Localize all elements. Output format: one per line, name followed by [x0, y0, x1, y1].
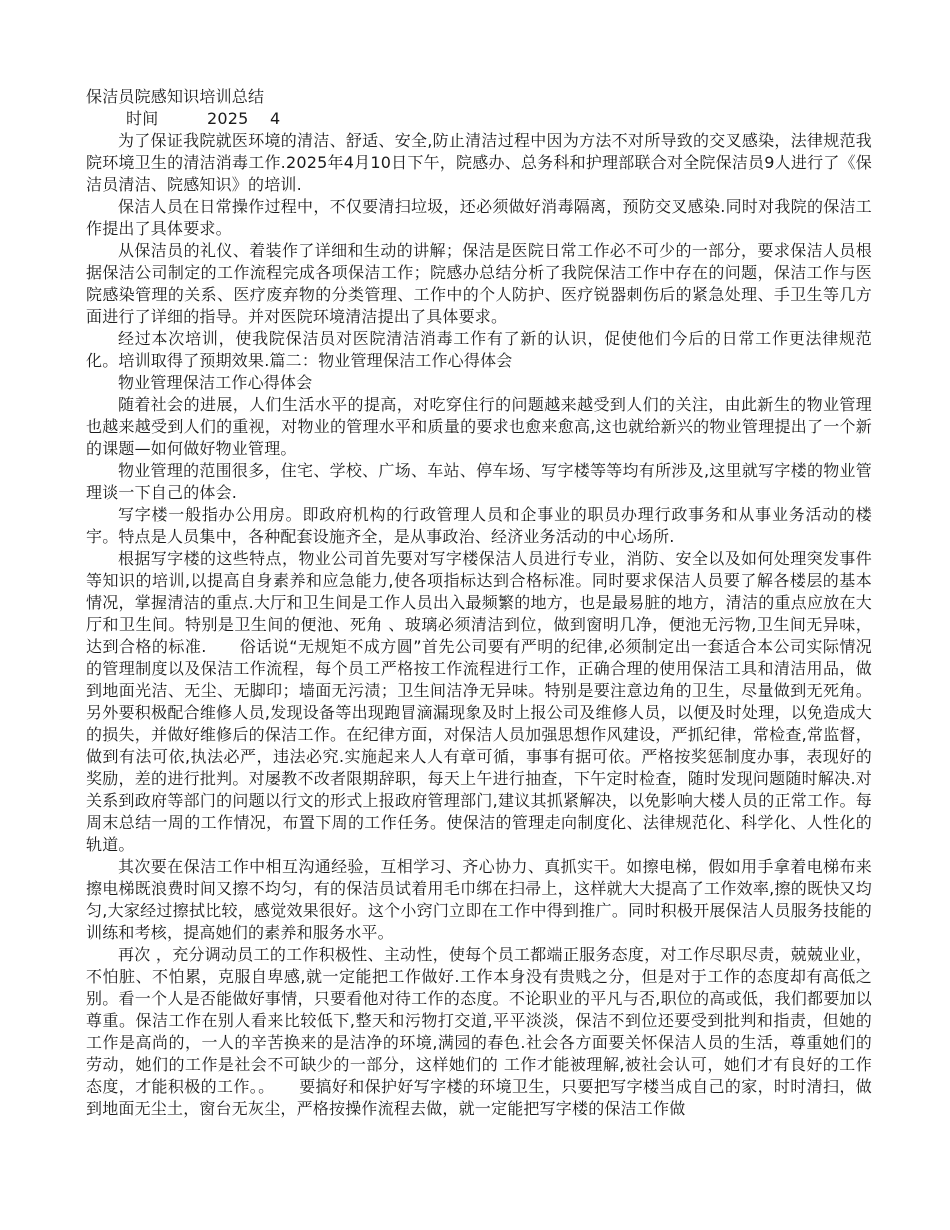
paragraph: 从保洁员的礼仪、着装作了详细和生动的讲解；保洁是医院日常工作必不可少的一部分，要… [86, 240, 872, 328]
date-line: 时间 2025 4 [86, 108, 872, 130]
paragraph: 再次 ，充分调动员工的工作积极性、主动性，使每个员工都端正服务态度，对工作尽职尽… [86, 944, 872, 1120]
document-title: 保洁员院感知识培训总结 [86, 86, 872, 108]
paragraph: 物业管理保洁工作心得体会 [86, 372, 872, 394]
paragraph: 根据写字楼的这些特点，物业公司首先要对写字楼保洁人员进行专业，消防、安全以及如何… [86, 548, 872, 856]
document-body: 保洁员院感知识培训总结 时间 2025 4 为了保证我院就医环境的清洁、舒适、安… [86, 86, 872, 1120]
paragraph: 物业管理的范围很多，住宅、学校、广场、车站、停车场、写字楼等等均有所涉及,这里就… [86, 460, 872, 504]
paragraph: 写字楼一般指办公用房。即政府机构的行政管理人员和企事业的职员办理行政事务和从事业… [86, 504, 872, 548]
document-page: 保洁员院感知识培训总结 时间 2025 4 为了保证我院就医环境的清洁、舒适、安… [0, 0, 950, 1230]
paragraph: 随着社会的进展，人们生活水平的提高，对吃穿住行的问题越来越受到人们的关注，由此新… [86, 394, 872, 460]
paragraph: 为了保证我院就医环境的清洁、舒适、安全,防止清洁过程中因为方法不对所导致的交叉感… [86, 130, 872, 196]
paragraph: 其次要在保洁工作中相互沟通经验，互相学习、齐心协力、真抓实干。如擦电梯，假如用手… [86, 856, 872, 944]
paragraph: 经过本次培训，使我院保洁员对医院清洁消毒工作有了新的认识，促使他们今后的日常工作… [86, 328, 872, 372]
paragraph: 保洁人员在日常操作过程中，不仅要清扫垃圾，还必须做好消毒隔离，预防交叉感染.同时… [86, 196, 872, 240]
